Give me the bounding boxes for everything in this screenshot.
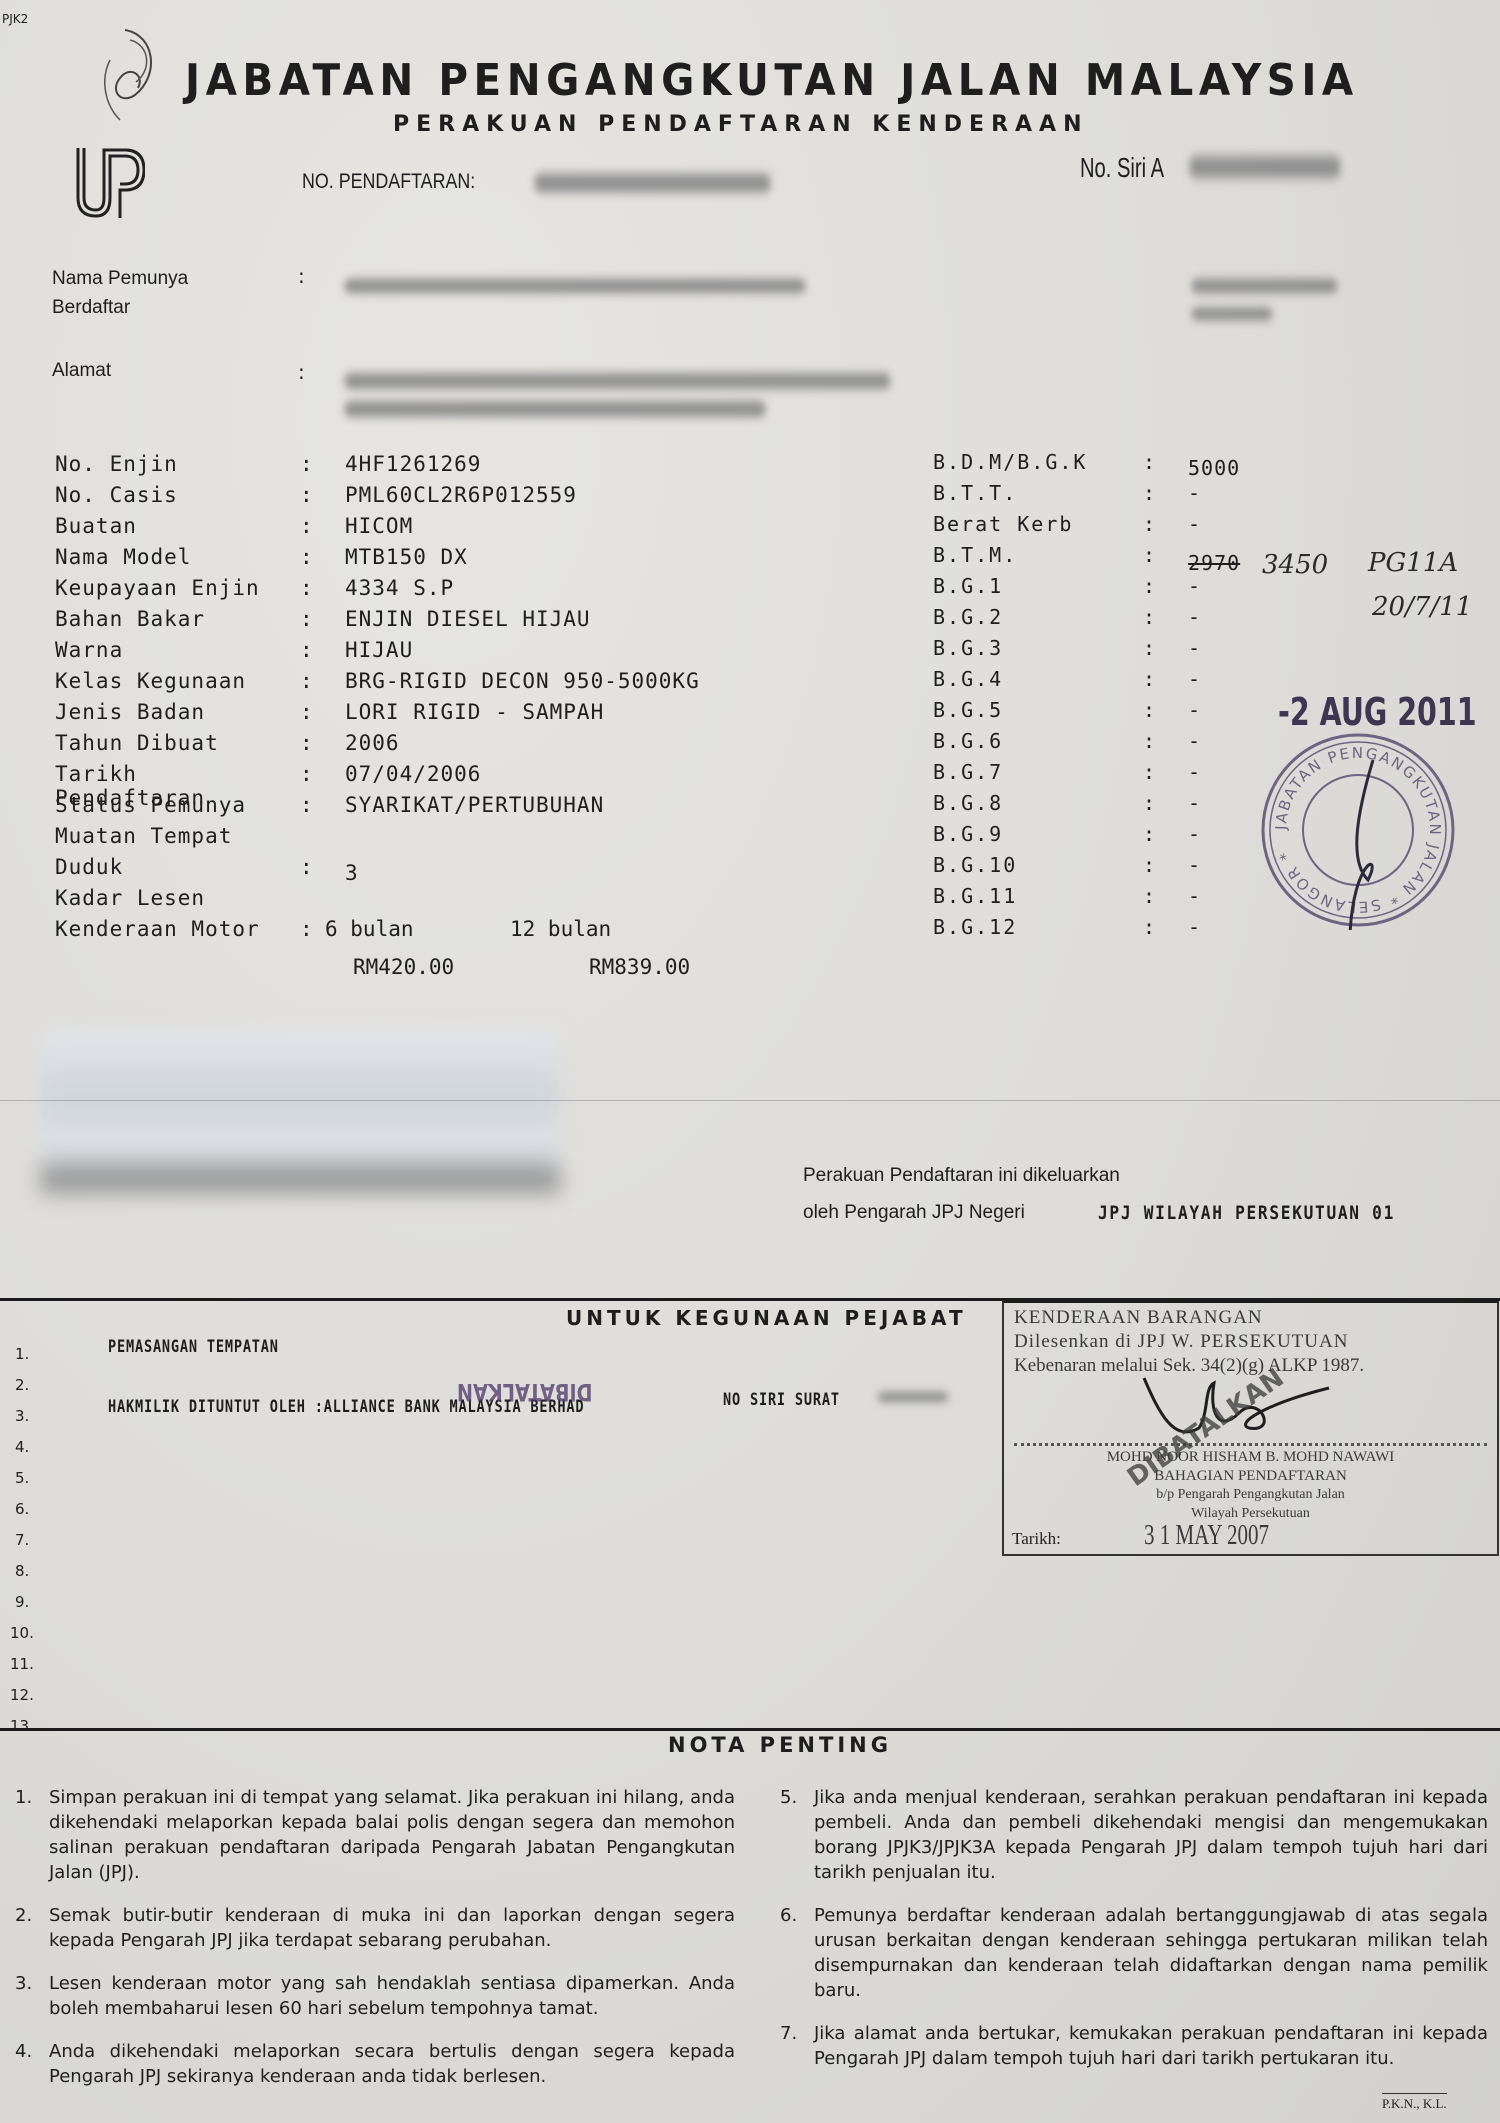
license-approval-box: KENDERAAN BARANGAN Dilesenkan di JPJ W. … [1002,1300,1499,1556]
owner-name-label: Nama Pemunya Berdaftar [52,264,232,322]
note-4: 4.Anda dikehendaki melaporkan secara ber… [15,2039,735,2089]
address-redacted-line2 [345,398,765,420]
weight-row-bg11: B.G.11:- [933,884,1201,915]
office-use-title: UNTUK KEGUNAAN PEJABAT [566,1306,967,1330]
detail-row-usage-class: Kelas Kegunaan:BRG-RIGID DECON 950-5000K… [55,669,700,700]
date-value: 3 1 MAY 2007 [1144,1520,1269,1552]
printer-code: P.K.N., K.L. [1382,2093,1447,2112]
note-6: 6.Pemunya berdaftar kenderaan adalah ber… [780,1903,1488,2003]
detail-row-seating-2: Duduk:3 [55,855,359,886]
office-entry-2-serial-label: NO SIRI SURAT [723,1390,840,1410]
detail-row-seating-1: Muatan Tempat [55,824,300,855]
btm-handwritten-new: 3450 [1262,550,1328,580]
round-seal-stamp-icon: JABATAN PENGANGKUTAN JALAN * SELANGOR * [1258,730,1458,930]
issuing-office: JPJ WILAYAH PERSEKUTUAN 01 [1098,1202,1395,1224]
owner-name-redacted [345,276,805,296]
box-line-1: KENDERAAN BARANGAN [1014,1307,1263,1329]
officer-department: BAHAGIAN PENDAFTARAN [1004,1468,1497,1485]
form-code: PJK2 [2,12,28,26]
note-5: 5.Jika anda menjual kenderaan, serahkan … [780,1785,1488,1885]
weight-row-kerb: Berat Kerb:- [933,512,1201,543]
detail-row-make: Buatan:HICOM [55,514,413,545]
weight-row-btm: B.T.M.:2970 [933,543,1240,574]
jpj-logo-icon [70,148,145,220]
issuance-line-1: Perakuan Pendaftaran ini dikeluarkan [803,1165,1120,1187]
date-label: Tarikh: [1012,1529,1061,1549]
note-2: 2.Semak butir-butir kenderaan di muka in… [15,1903,735,1953]
jpj-emblem-icon [70,20,170,130]
detail-row-owner-status: Status Pemunya:SYARIKAT/PERTUBUHAN [55,793,604,824]
officer-line-3: b/p Pengarah Pengangkutan Jalan [1004,1487,1497,1503]
owner-name-colon: : [298,264,305,288]
signature-line [1014,1443,1487,1446]
detail-row-colour: Warna:HIJAU [55,638,413,669]
office-entry-1: PEMASANGAN TEMPATAN [108,1337,279,1357]
detail-row-chassis-no: No. Casis:PML60CL2R6P012559 [55,483,577,514]
license-rate-amounts: RM420.00RM839.00 [353,955,690,986]
weight-row-bg8: B.G.8:- [933,791,1201,822]
weight-row-bg3: B.G.3:- [933,636,1201,667]
weight-row-bg2: B.G.2:- [933,605,1201,636]
cancelled-overstamp: DIBATALKAN [457,1378,593,1406]
registration-no-redacted [535,170,770,196]
detail-row-license-rate-1: Kadar Lesen [55,886,300,917]
registration-no-label: NO. PENDAFTARAN: [302,170,475,194]
issuance-line-2: oleh Pengarah JPJ Negeri [803,1202,1025,1224]
weight-row-bg12: B.G.12:- [933,915,1201,946]
document-title: PERAKUAN PENDAFTARAN KENDERAAN [393,112,1089,137]
note-3: 3.Lesen kenderaan motor yang sah hendakl… [15,1971,735,2021]
redacted-block [40,1030,560,1200]
weight-row-btt: B.T.T.:- [933,481,1201,512]
note-1: 1.Simpan perakuan ini di tempat yang sel… [15,1785,735,1885]
weight-row-bg9: B.G.9:- [933,822,1201,853]
detail-row-engine-capacity: Keupayaan Enjin:4334 S.P [55,576,454,607]
detail-row-body-type: Jenis Badan:LORI RIGID - SAMPAH [55,700,604,731]
weight-row-bg1: B.G.1:- [933,574,1201,605]
address-colon: : [298,360,305,384]
btm-handwritten-ref: PG11A [1368,548,1458,578]
detail-row-year: Tahun Dibuat:2006 [55,731,400,762]
owner-id-redacted [1192,276,1337,296]
weight-row-bg10: B.G.10:- [933,853,1201,884]
weight-row-bg6: B.G.6:- [933,729,1201,760]
note-7: 7.Jika alamat anda bertukar, kemukakan p… [780,2021,1488,2071]
btm-handwritten-date: 20/7/11 [1372,592,1472,622]
notes-title: NOTA PENTING [668,1733,892,1757]
notes-right-column: 5.Jika anda menjual kenderaan, serahkan … [780,1785,1488,2089]
officer-name: MOHD NOOR HISHAM B. MOHD NAWAWI [1004,1449,1497,1466]
detail-row-engine-no: No. Enjin:4HF1261269 [55,452,481,483]
weight-row-bg4: B.G.4:- [933,667,1201,698]
serial-no-label: No. Siri A [1080,152,1164,184]
weight-row-bdm: B.D.M/B.G.K:5000 [933,450,1240,481]
notes-left-column: 1.Simpan perakuan ini di tempat yang sel… [15,1785,735,2107]
registration-certificate: PJK2 JABATAN PENGANGKUTAN JALAN MALAYSIA… [0,0,1500,2123]
agency-title: JABATAN PENGANGKUTAN JALAN MALAYSIA [185,55,1359,106]
address-redacted-line1 [345,370,890,392]
detail-row-fuel: Bahan Bakar:ENJIN DIESEL HIJAU [55,607,591,638]
weight-row-bg5: B.G.5:- [933,698,1201,729]
owner-id-redacted-2 [1192,305,1272,323]
date-stamp: -2 AUG 2011 [1278,690,1477,734]
fold-crease [0,1100,1500,1101]
address-label: Alamat [52,360,111,382]
divider-notes [0,1728,1500,1731]
weight-row-bg7: B.G.7:- [933,760,1201,791]
serial-letter-redacted [878,1390,948,1404]
detail-row-model: Nama Model:MTB150 DX [55,545,468,576]
detail-row-registration-date: Tarikh Pendaftaran:07/04/2006 [55,762,481,793]
box-line-2: Dilesenkan di JPJ W. PERSEKUTUAN [1014,1331,1348,1353]
serial-no-redacted [1190,152,1340,182]
detail-row-license-rate-2: Kenderaan Motor:6 bulan12 bulan [55,917,611,948]
